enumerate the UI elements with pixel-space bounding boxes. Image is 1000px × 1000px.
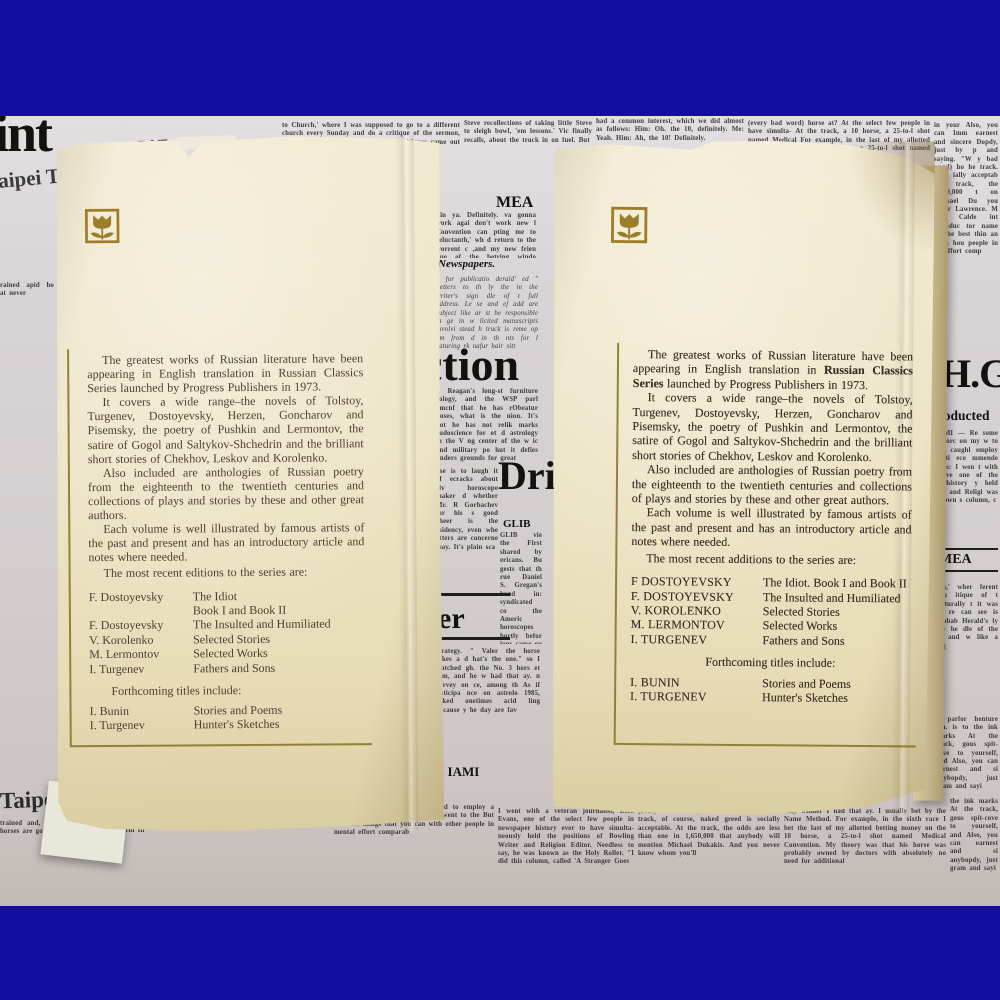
edition-author: F DOSTOYEVSKY <box>631 574 763 590</box>
edition-row: I. TURGENEVHunter's Sketches <box>630 689 910 706</box>
edition-author: I. BUNIN <box>630 675 762 691</box>
progress-publishers-logo-icon <box>84 207 120 250</box>
edition-title: The Idiot. Book I and Book II <box>763 575 907 591</box>
edition-author: I. TURGENEV <box>630 689 762 705</box>
edition-title: Selected Stories <box>193 632 270 647</box>
edition-author: M. LERMONTOV <box>631 617 763 633</box>
edition-title: Stories and Poems <box>762 676 851 691</box>
editions-list: F. DostoyevskyThe Idiot Book I and Book … <box>89 588 366 676</box>
newsprint-column: nse is to laugh it of ecracks about civ … <box>436 468 498 578</box>
blurb-paragraph: Also included are anthologies of Russian… <box>632 462 912 508</box>
edition-author: I. Turgenev <box>89 661 193 676</box>
editions-list: F DOSTOYEVSKYThe Idiot. Book I and Book … <box>631 574 912 648</box>
newsprint-masthead: int <box>0 116 51 164</box>
forthcoming-label: Forthcoming titles include: <box>630 654 910 671</box>
newsprint-column: the ink marks At the track, gous spit-co… <box>950 798 998 902</box>
blurb-paragraph: It covers a wide range–the novels of Tol… <box>87 393 363 465</box>
photo-stage: int PAT. aipei Taiwan to Church,' where … <box>0 0 1000 1000</box>
edition-author: F. Dostoyevsky <box>89 618 193 633</box>
edition-author: F. Dostoyevsky <box>89 589 193 604</box>
edition-title: The Insulted and Humiliated <box>193 617 331 632</box>
newsprint-column: GLIB vie the First shared by ericans. Bu… <box>500 532 542 644</box>
edition-author: V. Korolenko <box>89 632 193 647</box>
newsprint-headline-dri: Dri <box>498 452 556 499</box>
edition-author: V. KOROLENKO <box>631 603 763 619</box>
edition-author: F. DOSTOYEVSKY <box>631 589 763 605</box>
blurb-panel: The greatest works of Russian literature… <box>67 347 372 747</box>
newsprint-column: (every bad word) horse here?" At the tra… <box>638 808 780 904</box>
newsprint-headline-hg: H.G <box>940 350 1000 397</box>
edition-title: Fathers and Sons <box>193 660 275 675</box>
edition-row: F. DostoyevskyThe Insulted and Humiliate… <box>89 617 365 633</box>
list-intro: The most recent editions to the series a… <box>89 565 365 581</box>
list-intro: The most recent additions to the series … <box>631 551 911 568</box>
edition-title: The Idiot <box>193 589 237 604</box>
edition-title: Hunter's Sketches <box>194 717 280 732</box>
edition-title: Selected Works <box>763 618 838 633</box>
blurb-text: launched by Progress Publishers in 1973. <box>663 376 868 392</box>
edition-title: Hunter's Sketches <box>762 690 848 705</box>
progress-publishers-logo-icon <box>610 205 648 250</box>
edition-author: I. TURGENEV <box>631 632 763 648</box>
edition-title: Selected Stories <box>763 604 840 619</box>
blurb-paragraph: Each volume is well illustrated by famou… <box>631 506 911 552</box>
forthcoming-list: I. BUNINStories and Poems I. TURGENEVHun… <box>630 675 910 706</box>
forthcoming-list: I. BuninStories and Poems I. TurgenevHun… <box>90 702 366 733</box>
newsprint-headline-glib: GLIB <box>503 518 531 530</box>
newsprint-rule <box>436 593 510 596</box>
edition-title: Book I and Book II <box>193 603 286 618</box>
newsprint-column: only winner I had that ay. I usually bet… <box>784 808 946 904</box>
edition-title: Selected Works <box>193 646 268 661</box>
blurb-panel: The greatest works of Russian literature… <box>614 343 919 748</box>
newsprint-column: strategy. " Valer the horse takes a d ha… <box>436 648 540 748</box>
edition-row: I. TurgenevFathers and Sons <box>89 660 365 676</box>
edition-title: The Insulted and Humiliated <box>763 590 901 606</box>
edition-author: I. Bunin <box>90 703 194 718</box>
newsprint-column: rch,' wher ferent chu itique of t Natura… <box>936 584 998 712</box>
right-book: The greatest works of Russian literature… <box>549 138 935 817</box>
edition-author: M. Lermontov <box>89 647 193 662</box>
edition-title: Stories and Poems <box>194 703 283 718</box>
edition-row: I. TurgenevHunter's Sketches <box>90 717 366 733</box>
blurb-paragraph: It covers a wide range–the novels of Tol… <box>632 390 913 464</box>
newsprint-headline-me: MEA <box>496 194 533 212</box>
blurb-paragraph: The greatest works of Russian literature… <box>87 351 363 395</box>
blurb-paragraph: The greatest works of Russian literature… <box>633 347 913 393</box>
edition-author <box>89 603 193 618</box>
left-book: The greatest works of Russian literature… <box>54 135 445 834</box>
blurb-paragraph: Also included are anthologies of Russian… <box>88 464 364 522</box>
edition-title: Fathers and Sons <box>763 633 845 648</box>
blurb-paragraph: Each volume is well illustrated by famou… <box>88 520 364 564</box>
newsprint-column: ilin ya. Definitely. va gonna work agai … <box>436 212 536 258</box>
newsprint-column: rained apid ho at never <box>0 282 54 402</box>
newsprint-headline-newspapers: Newspapers. <box>438 258 495 270</box>
edition-author: I. Turgenev <box>90 718 194 733</box>
newsprint-rule <box>436 637 510 640</box>
edition-row: I. TURGENEVFathers and Sons <box>631 632 911 649</box>
newsprint-column: I went with a veteran journalist, Dick E… <box>498 808 634 904</box>
forthcoming-label: Forthcoming titles include: <box>111 682 365 698</box>
